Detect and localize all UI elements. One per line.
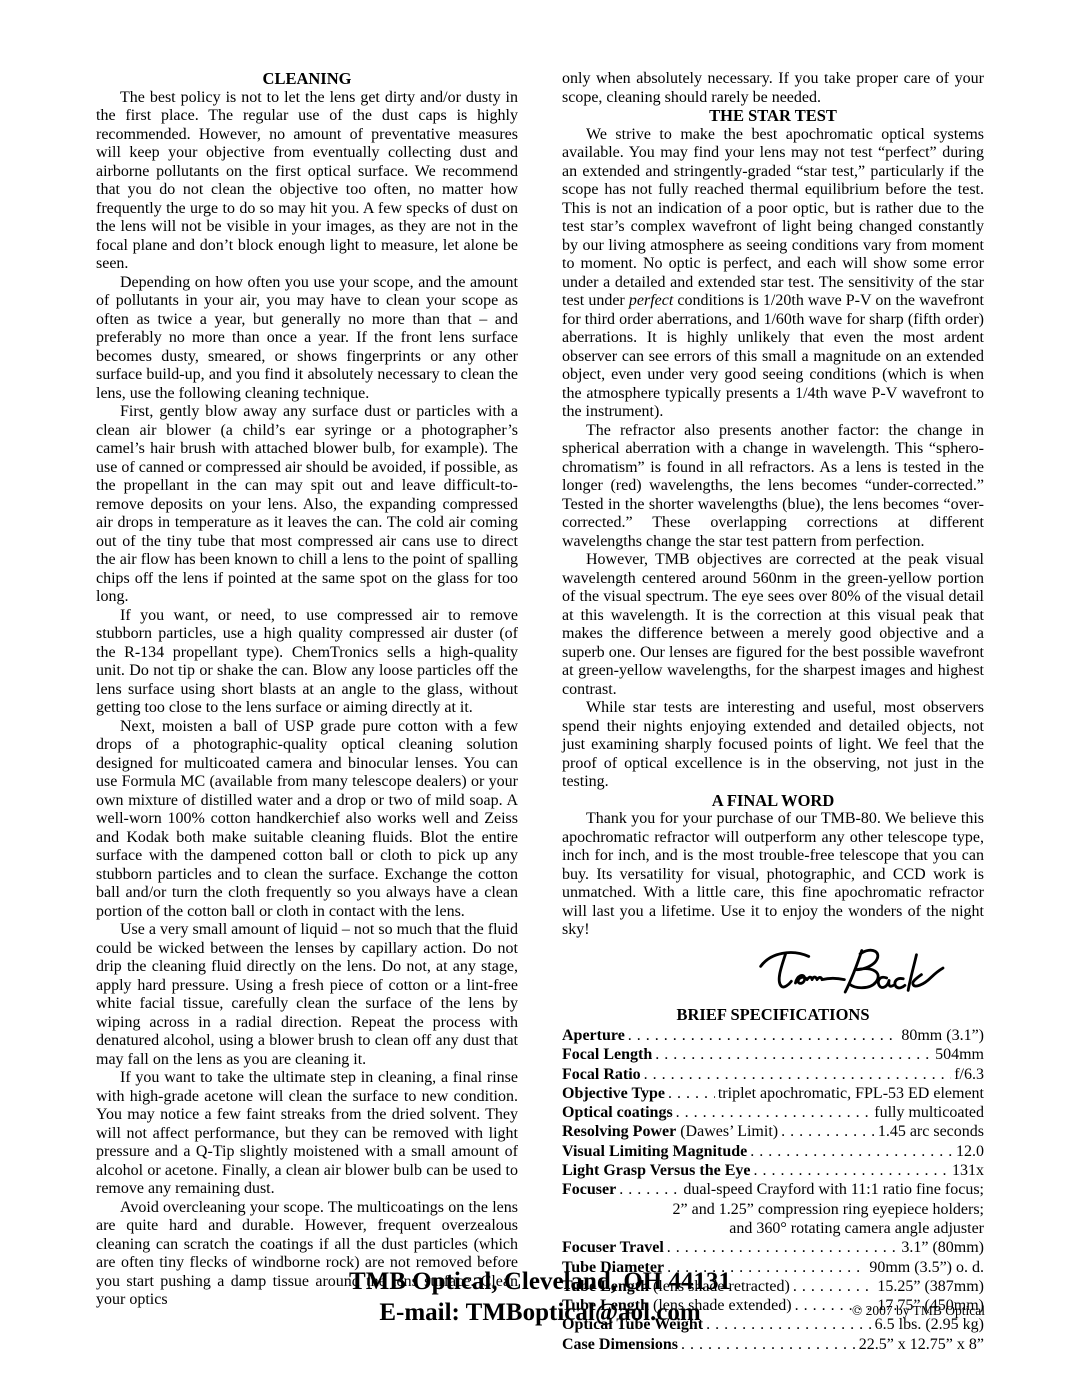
- section-heading-star-test: THE STAR TEST: [562, 107, 984, 126]
- spec-value: 80mm (3.1”): [901, 1026, 984, 1045]
- spec-label: Focuser Travel: [562, 1238, 664, 1257]
- spec-row: Light Grasp Versus the Eye131x: [562, 1161, 984, 1180]
- spec-label-note: (Dawes’ Limit): [676, 1122, 778, 1141]
- paragraph: If you want to take the ultimate step in…: [96, 1069, 518, 1199]
- left-column: CLEANING The best policy is not to let t…: [96, 70, 518, 1354]
- signature-tom-back: [746, 944, 956, 1002]
- dot-leader: [781, 1122, 875, 1141]
- spec-label: Focal Length: [562, 1045, 652, 1064]
- spec-label: Focal Ratio: [562, 1065, 641, 1084]
- dot-leader: [628, 1026, 899, 1045]
- dot-leader: [644, 1065, 952, 1084]
- spec-label: Aperture: [562, 1026, 625, 1045]
- dot-leader: [753, 1161, 949, 1180]
- right-column: only when absolutely necessary. If you t…: [562, 70, 984, 1354]
- emphasized-word: perfect: [629, 292, 673, 309]
- spec-label: Objective Type: [562, 1084, 665, 1103]
- dot-leader: [668, 1084, 715, 1103]
- dot-leader: [667, 1238, 899, 1257]
- dot-leader: [676, 1103, 872, 1122]
- spec-value: f/6.3: [954, 1065, 984, 1084]
- paragraph: Next, moisten a ball of USP grade pure c…: [96, 718, 518, 922]
- spec-value: 1.45 arc seconds: [878, 1122, 984, 1141]
- spec-row: Aperture80mm (3.1”): [562, 1026, 984, 1045]
- dot-leader: [655, 1045, 932, 1064]
- dot-leader: [750, 1142, 953, 1161]
- spec-row: Objective Typetriplet apochromatic, FPL-…: [562, 1084, 984, 1103]
- signature-image: [746, 944, 956, 1002]
- paragraph: Depending on how often you use your scop…: [96, 274, 518, 404]
- paragraph-part: conditions is 1/20th wave P-V on the wav…: [562, 292, 984, 420]
- dot-leader: [681, 1335, 856, 1354]
- spec-row: Visual Limiting Magnitude12.0: [562, 1142, 984, 1161]
- spec-label: Focuser: [562, 1180, 616, 1199]
- paragraph-continuation: only when absolutely necessary. If you t…: [562, 70, 984, 107]
- spec-value: 3.1” (80mm): [901, 1238, 984, 1257]
- spec-value: 12.0: [956, 1142, 984, 1161]
- paragraph: First, gently blow away any surface dust…: [96, 403, 518, 607]
- section-heading-final-word: A FINAL WORD: [562, 792, 984, 811]
- company-address: TMB Optical, Cleveland, OH 44131: [0, 1266, 1080, 1297]
- spec-value: dual-speed Crayford with 11:1 ratio fine…: [683, 1180, 984, 1199]
- spec-row: Focuserdual-speed Crayford with 11:1 rat…: [562, 1180, 984, 1199]
- spec-value: 504mm: [935, 1045, 984, 1064]
- spec-value: triplet apochromatic, FPL-53 ED element: [718, 1084, 984, 1103]
- dot-leader: [619, 1180, 680, 1199]
- spec-label: Case Dimensions: [562, 1335, 678, 1354]
- spec-value: fully multicoated: [874, 1103, 984, 1122]
- spec-label: Visual Limiting Magnitude: [562, 1142, 747, 1161]
- spec-row: Case Dimensions22.5” x 12.75” x 8”: [562, 1335, 984, 1354]
- paragraph: However, TMB objectives are corrected at…: [562, 551, 984, 699]
- copyright-notice: © 2007 by TMB Optical: [852, 1303, 985, 1319]
- spec-value: 22.5” x 12.75” x 8”: [859, 1335, 984, 1354]
- section-heading-specifications: BRIEF SPECIFICATIONS: [562, 1006, 984, 1025]
- paragraph: We strive to make the best apochromatic …: [562, 126, 984, 422]
- spec-row: Optical coatingsfully multicoated: [562, 1103, 984, 1122]
- spec-value-continuation: 2” and 1.25” compression ring eyepiece h…: [562, 1200, 984, 1219]
- manual-page: CLEANING The best policy is not to let t…: [0, 0, 1080, 1397]
- section-heading-cleaning: CLEANING: [96, 70, 518, 89]
- paragraph: The refractor also presents another fact…: [562, 422, 984, 552]
- spec-label: Resolving Power: [562, 1122, 676, 1141]
- paragraph: While star tests are interesting and use…: [562, 699, 984, 792]
- spec-row: Focal Length504mm: [562, 1045, 984, 1064]
- spec-row: Focuser Travel3.1” (80mm): [562, 1238, 984, 1257]
- spec-row: Resolving Power (Dawes’ Limit)1.45 arc s…: [562, 1122, 984, 1141]
- spec-value: 131x: [952, 1161, 984, 1180]
- spec-value-continuation: and 360° rotating camera angle adjuster: [562, 1219, 984, 1238]
- paragraph: Use a very small amount of liquid – not …: [96, 921, 518, 1069]
- spec-row: Focal Ratiof/6.3: [562, 1065, 984, 1084]
- paragraph: Thank you for your purchase of our TMB-8…: [562, 810, 984, 940]
- spec-label: Optical coatings: [562, 1103, 673, 1122]
- two-column-layout: CLEANING The best policy is not to let t…: [96, 70, 984, 1354]
- paragraph-part: We strive to make the best apochromatic …: [562, 126, 984, 310]
- paragraph: If you want, or need, to use compressed …: [96, 607, 518, 718]
- paragraph: The best policy is not to let the lens g…: [96, 89, 518, 274]
- spec-label: Light Grasp Versus the Eye: [562, 1161, 750, 1180]
